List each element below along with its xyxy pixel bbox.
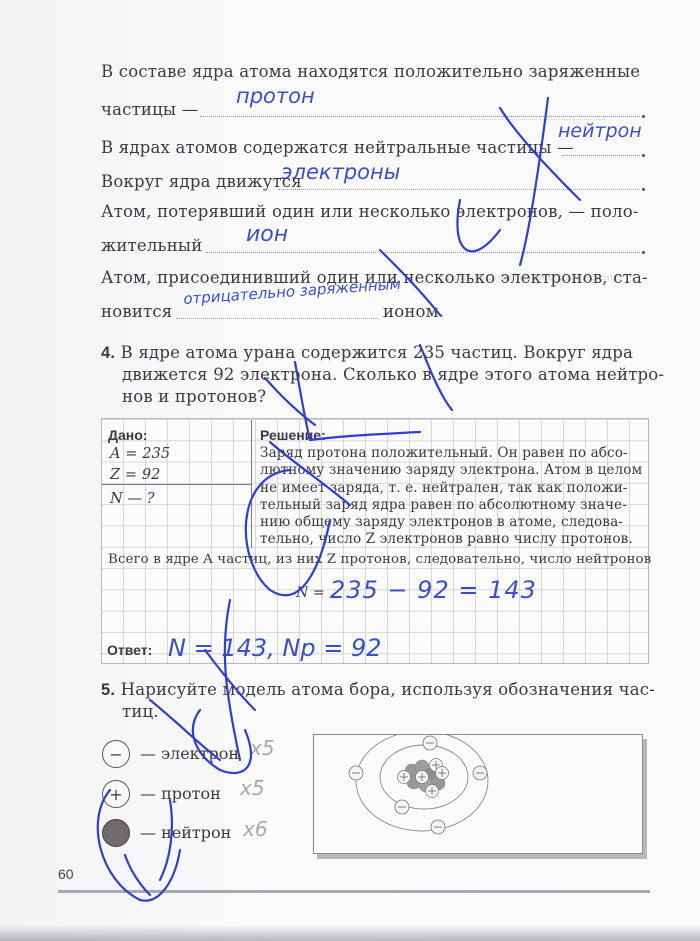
task-5-question-line-1: 5. Нарисуйте модель атома бора, использу… <box>101 680 655 700</box>
handwritten-answer-1: протон <box>236 84 315 108</box>
sentence-4-line-1: Атом, потерявший один или несколько элек… <box>101 202 639 221</box>
sentence-5-line-2: новится <box>101 302 172 321</box>
sentence-1-line-1: В составе ядра атома находятся положител… <box>101 62 640 81</box>
sentence-2-line: В ядрах атомов содержатся нейтральные ча… <box>101 138 574 157</box>
task-5-question-line-2: тиц. <box>122 702 159 721</box>
period <box>642 251 645 254</box>
solution-line: не имеет заряда, т. е. нейтрален, так ка… <box>260 480 644 497</box>
task-4-question-line-1: 4. В ядре атома урана содержится 235 час… <box>101 343 633 363</box>
page-number: 60 <box>58 866 74 882</box>
given-z: Z = 92 <box>110 467 161 484</box>
legend-neutron-label: — нейтрон <box>140 823 231 842</box>
answer-blank-5[interactable] <box>176 318 378 319</box>
solution-text: Заряд протона положительный. Он равен по… <box>260 445 644 549</box>
handwritten-answer-2: нейтрон <box>558 120 642 142</box>
task-number: 5. <box>101 681 115 699</box>
pencil-count-electron: x5 <box>250 736 275 760</box>
handwritten-answer-3: электроны <box>281 160 400 184</box>
sentence-4-line-2: жительный <box>101 236 202 255</box>
scan-edge-shadow <box>0 925 700 941</box>
drawing-area[interactable] <box>313 734 643 854</box>
question-text: Нарисуйте модель атома бора, используя о… <box>121 680 655 699</box>
handwritten-formula: 235 − 92 = 143 <box>330 576 537 604</box>
given-a: A = 235 <box>110 446 170 463</box>
answer-blank-2[interactable] <box>562 155 640 156</box>
question-text: В ядре атома урана содержится 235 частиц… <box>121 343 633 362</box>
solution-line: тельно, число Z электронов равно числу п… <box>260 531 644 548</box>
solution-label: Решение: <box>260 427 326 443</box>
given-label: Дано: <box>108 427 147 443</box>
formula-prefix: N = <box>296 585 325 602</box>
task-4-question-line-3: нов и протонов? <box>122 387 266 406</box>
period <box>642 154 645 157</box>
sentence-5-suffix: ионом. <box>383 302 444 321</box>
sentence-1-line-2: частицы — <box>101 100 198 119</box>
answer-blank-3[interactable] <box>278 189 640 190</box>
task-number: 4. <box>101 344 115 362</box>
footer-rule <box>58 890 650 893</box>
handwritten-answer: N = 143, Np = 92 <box>168 634 381 662</box>
legend-proton-label: — протон <box>140 784 221 803</box>
nucleus <box>398 759 449 798</box>
answer-blank-4[interactable] <box>206 252 640 253</box>
task-4-question-line-2: движется 92 электрона. Сколько в ядре эт… <box>122 365 664 384</box>
pencil-count-neutron: x6 <box>243 817 268 841</box>
find-n: N — ? <box>110 491 155 508</box>
legend-electron-label: — электрон <box>140 744 239 763</box>
boron-atom-drawing <box>314 735 642 853</box>
answer-label: Ответ: <box>107 642 152 658</box>
solution-line: лютному значению заряду электрона. Атом … <box>260 462 644 479</box>
pencil-count-proton: x5 <box>240 776 265 800</box>
handwritten-answer-4: ион <box>246 222 288 247</box>
solution-summary: Всего в ядре A частиц, из них Z протонов… <box>108 551 651 568</box>
period <box>642 188 645 191</box>
period <box>642 115 645 118</box>
proton-symbol-icon: + <box>102 780 130 808</box>
solution-line: тельный заряд ядра равен по абсолютному … <box>260 497 644 514</box>
neutron-symbol-icon <box>102 819 130 847</box>
sentence-3-line: Вокруг ядра движутся <box>101 172 302 191</box>
solution-line: Заряд протона положительный. Он равен по… <box>260 445 644 462</box>
electron-symbol-icon: − <box>102 740 130 768</box>
answer-blank-1[interactable] <box>200 116 640 117</box>
solution-line: нию общему заряду электронов в атоме, сл… <box>260 514 644 531</box>
